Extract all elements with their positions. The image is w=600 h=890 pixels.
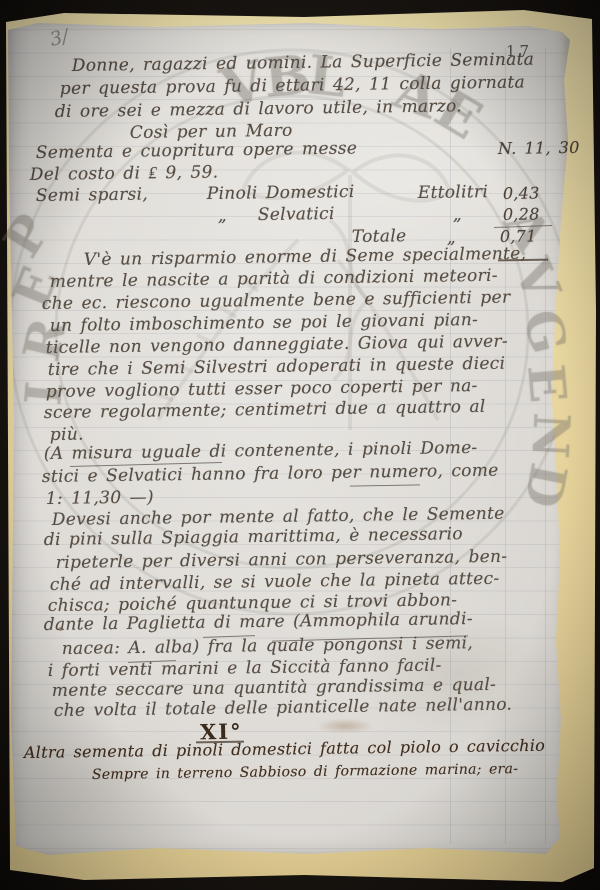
handwritten-line: per questa prova fu di ettari 42, 11 col… [60,75,525,99]
ledger-cell: Ettolitri [418,184,489,203]
ledger-value: 0,43 [503,185,540,202]
handwritten-line: 1: 11,30 —) [46,489,154,508]
handwritten-line: (A misura uguale di contenente, i pinoli… [44,440,478,464]
ledger-label: Del costo di ₤ 9, 59. [30,164,219,184]
ledger-cell: Selvatici [258,206,335,225]
handwritten-line: Donne, ragazzi ed uomini. La Superficie … [72,52,535,76]
handwritten-line: di pini sulla Spiaggia marittima, è nece… [44,526,463,550]
handwritten-line: stici e Selvatici hanno fra loro per num… [42,463,499,487]
handwritten-line: più. [50,427,84,445]
ditto-mark: „ [453,207,462,225]
ledger-cell: Totale [352,228,407,247]
handwritten-line: di ore sei e mezza di lavoro utile, in m… [55,98,462,122]
ledger-value: 0,28 [503,206,540,223]
ditto-mark: „ [218,208,227,226]
pencil-annotation: 3∕ [48,25,71,51]
handwritten-line: dante la Paglietta di mare (Ammophila ar… [44,611,473,635]
underline-stroke [350,484,420,486]
ledger-label: Sementa e cuopritura opere messe [36,141,358,163]
handwritten-line: che volta il totale delle pianticelle na… [54,697,513,721]
handwritten-line: Sempre in terreno Sabbioso di formazione… [92,762,519,783]
handwriting-layer: 3∕ 17 Donne, ragazzi ed uomini. La Super… [0,0,600,890]
ink-smudge [318,719,372,733]
ledger-cell: Pinoli Domestici [207,184,355,204]
handwritten-line: Altra sementa di pinoli domestici fatta … [24,738,545,762]
ledger-value: N. 11, 30 [498,140,580,158]
handwritten-line: scere regolarmente; centimetri due a qua… [44,399,486,423]
ledger-cell: Semi sparsi, [36,186,148,205]
ink-speck [58,627,63,631]
photographed-manuscript: V B L A E P E R I A V G E N D 3∕ 17 Donn… [0,0,600,890]
